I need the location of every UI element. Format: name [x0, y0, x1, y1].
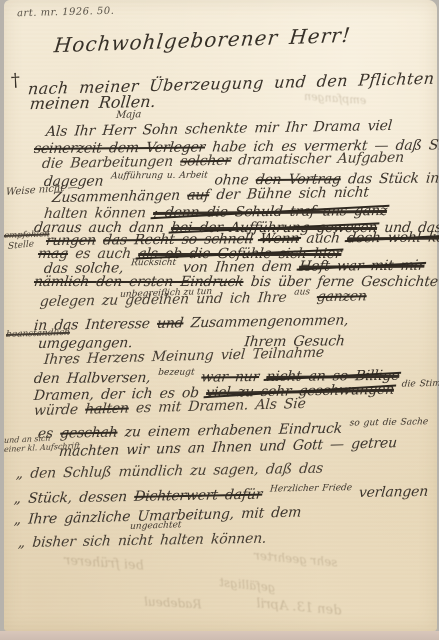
struck-text: und — [156, 315, 184, 331]
inserted-text-above: so gut die Sache — [349, 417, 428, 428]
struck-text: nämlich — [33, 274, 97, 290]
inserted-text-above: bezeugt — [158, 368, 195, 378]
struck-text: halten — [85, 400, 130, 417]
inserted-text-above: die Stimmung — [401, 378, 439, 389]
ink-bleed-ghost-text: gefälligst — [218, 575, 276, 595]
ink-bleed-ghost-text: bei früherer — [64, 553, 145, 574]
archive-number-note: art. mr. 1926. 50. — [17, 6, 115, 20]
manuscript-line: Als Ihr Herr Sohn schenkte mir Ihr Drama… — [45, 118, 392, 140]
struck-text: ganzen — [316, 288, 367, 305]
handwriting-text: Zusammengenommen, — [183, 312, 349, 331]
interlinear-insert-note: ungeachtet — [130, 520, 182, 532]
struck-text: solcher — [180, 153, 232, 170]
margin-note: Stelle — [8, 239, 34, 252]
handwriting-text: verlangen — [351, 484, 429, 501]
handwriting-text: „ bisher sich nicht halten können. — [17, 531, 267, 551]
ink-bleed-ghost-text: empfangen — [304, 90, 367, 107]
manuscript-line: „ den Schluß mündlich zu sagen, daß das — [15, 461, 323, 482]
inserted-text-above: aus — [294, 287, 311, 297]
handwriting-text: würde — [33, 402, 85, 419]
scanner-edge-strip — [0, 631, 439, 640]
handwriting-text: dramatischer Aufgaben — [230, 150, 405, 169]
ink-bleed-ghost-text: Radebeul — [144, 595, 202, 612]
heavily-struck-text: doch wohl kaum — [346, 229, 439, 246]
insertion-cross-mark: † — [10, 70, 20, 91]
handwriting-text: Als Ihr Herr Sohn schenkte mir Ihr Drama… — [45, 118, 392, 140]
handwriting-text: die Bearbeitungen — [41, 154, 181, 172]
handwriting-text: es mit Dramen. Als Sie — [128, 396, 306, 417]
inserted-text-above: Herzlicher Friede — [269, 483, 352, 494]
paper-sheet: art. mr. 1926. 50. Hochwohlgeborener Her… — [4, 0, 437, 631]
heavily-struck-text: Wenn — [260, 231, 300, 247]
handwriting-text: auch — [298, 230, 347, 246]
salutation-line: Hochwohlgeborener Herr! — [53, 23, 352, 57]
manuscript-line: „ bisher sich nicht halten können. — [17, 531, 267, 551]
inserted-text-above: Aufführung u. Arbeit — [111, 171, 209, 182]
letter-scan: art. mr. 1926. 50. Hochwohlgeborener Her… — [0, 0, 439, 640]
struck-text: Dichterwert dafür — [134, 487, 263, 505]
ink-bleed-ghost-text: den 13. April — [256, 596, 343, 618]
heavily-struck-text: ; denn die Schuld traf uns ganz — [152, 203, 387, 221]
heavily-struck-text: Heft war mit mir — [298, 258, 425, 275]
inserted-text-above: Rücksicht — [131, 258, 177, 268]
handwriting-text: „ Stück, dessen — [13, 489, 135, 507]
struck-text: geschah — [60, 425, 119, 442]
ink-bleed-ghost-text: sehr geehrter — [254, 548, 338, 569]
handwriting-text: „ den Schluß mündlich zu sagen, daß das — [15, 461, 323, 482]
handwriting-text: der Bühne sich nicht — [208, 184, 369, 203]
struck-text: auf — [187, 187, 210, 203]
manuscript-line: in das Interesse und Zusammengenommen, — [33, 312, 349, 334]
handwriting-text — [262, 487, 271, 503]
interlinear-insert-note: Maja — [116, 109, 142, 121]
manuscript-line: „ Stück, dessen Dichterwert dafür Herzli… — [13, 482, 429, 507]
